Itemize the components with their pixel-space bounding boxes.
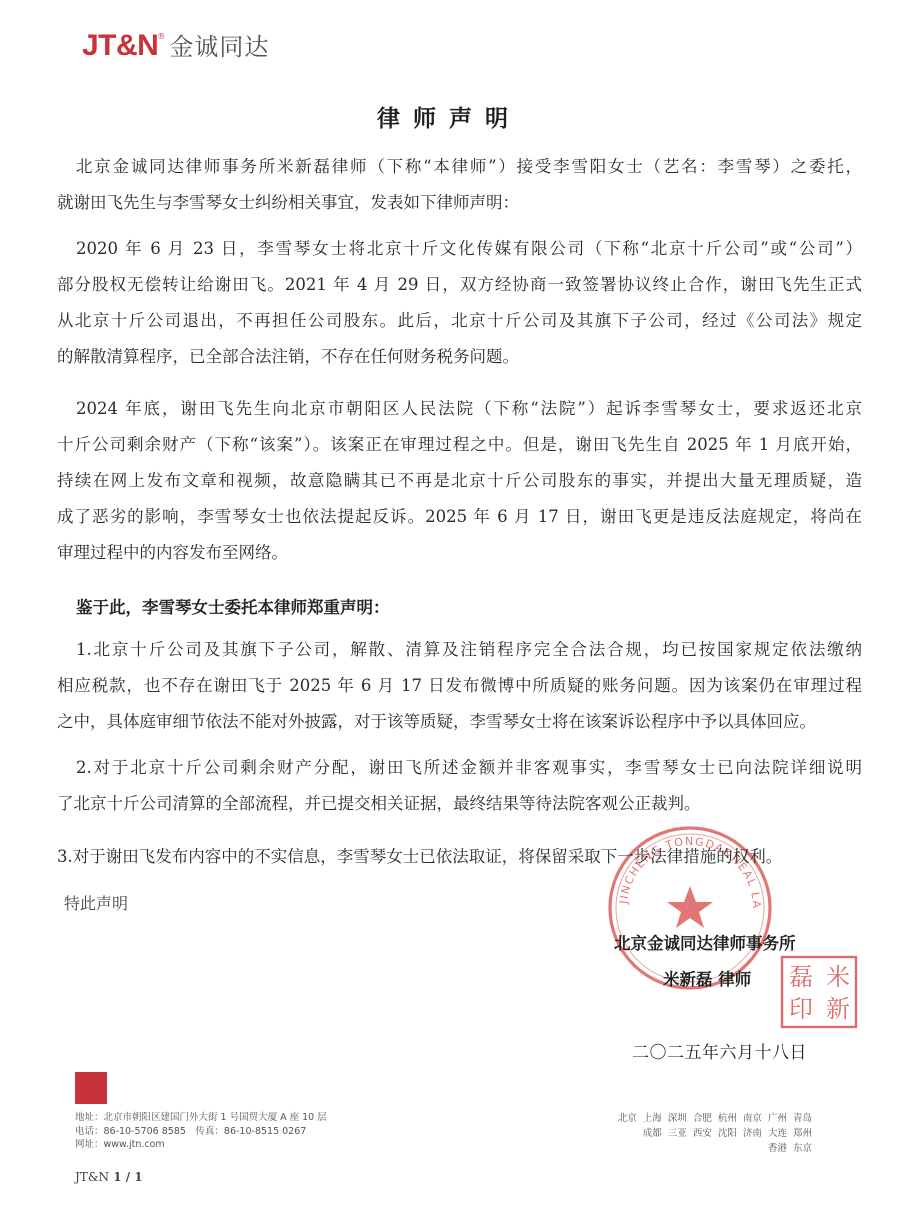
signature-date: 二〇二五年六月十八日: [632, 1038, 807, 1063]
declaration-heading: 鉴于此，李雪琴女士委托本律师郑重声明：: [76, 594, 390, 618]
footer-phone-fax: 电话：86-10-5706 8585 传真：86-10-8515 0267: [75, 1125, 327, 1139]
svg-text:米: 米: [826, 963, 850, 991]
svg-text:印: 印: [789, 995, 813, 1023]
svg-text:新: 新: [826, 995, 850, 1023]
registered-mark-icon: ®: [157, 32, 165, 41]
footer-contact: 地址：北京市朝阳区建国门外大街 1 号国贸大厦 A 座 10 层 电话：86-1…: [75, 1111, 327, 1152]
footer-address: 地址：北京市朝阳区建国门外大街 1 号国贸大厦 A 座 10 层: [75, 1111, 327, 1125]
paragraph-2-line-3: 从北京十斤公司退出，不再担任公司股东。此后，北京十斤公司及其旗下子公司，经过《公…: [57, 311, 862, 331]
paragraph-2-line-4: 的解散清算程序，已全部合法注销，不存在任何财务税务问题。: [57, 347, 862, 367]
square-name-seal-icon: 米 新 磊 印: [780, 955, 858, 1031]
footer-office-cities: 北京 上海 深圳 合肥 杭州 南京 广州 青岛 成都 三亚 西安 沈阳 济南 大…: [618, 1111, 812, 1156]
item-2-line-2: 了北京十斤公司清算的全部流程，并已提交相关证据，最终结果等待法院客观公正裁判。: [57, 794, 862, 814]
paragraph-2-line-1: 2020 年 6 月 23 日，李雪琴女士将北京十斤文化传媒有限公司（下称“北京…: [76, 239, 862, 259]
page-number: 1 / 1: [113, 1170, 142, 1184]
firm-logo: JT&N ® 金诚同达: [82, 30, 269, 62]
page-prefix: JT&N: [75, 1170, 109, 1184]
paragraph-2-line-2: 部分股权无偿转让给谢田飞。2021 年 4 月 29 日，双方经协商一致签署协议…: [57, 275, 862, 295]
closing-statement: 特此声明: [64, 891, 128, 914]
cities-row-2: 成都 三亚 西安 沈阳 济南 大连 郑州: [618, 1126, 812, 1141]
logo-mark: JT&N: [82, 30, 158, 62]
item-1-line-2: 相应税款，也不存在谢田飞于 2025 年 6 月 17 日发布微博中所质疑的账务…: [57, 676, 862, 696]
paragraph-1-line-1: 北京金诚同达律师事务所米新磊律师（下称“本律师”）接受李雪阳女士（艺名：李雪琴）…: [76, 157, 862, 177]
item-1-line-3: 之中，具体庭审细节依法不能对外披露，对于该等质疑，李雪琴女士将在该案诉讼程序中予…: [57, 712, 862, 732]
paragraph-3-line-5: 审理过程中的内容发布至网络。: [57, 543, 862, 563]
item-3-line-1: 3.对于谢田飞发布内容中的不实信息，李雪琴女士已依法取证，将保留采取下一步法律措…: [57, 847, 862, 867]
paragraph-3-line-2: 十斤公司剩余财产（下称“该案”）。该案正在审理过程之中。但是，谢田飞先生自 20…: [57, 435, 862, 455]
page-indicator: JT&N 1 / 1: [75, 1170, 143, 1184]
signature-lawyer: 米新磊 律师: [663, 966, 751, 990]
paragraph-3-line-4: 成了恶劣的影响，李雪琴女士也依法提起反诉。2025 年 6 月 17 日，谢田飞…: [57, 507, 862, 527]
logo-chinese-name: 金诚同达: [169, 32, 269, 62]
document-title: 律师声明: [0, 100, 898, 133]
cities-row-3: 香港 东京: [618, 1141, 812, 1156]
item-2-line-1: 2.对于北京十斤公司剩余财产分配，谢田飞所述金额并非客观事实，李雪琴女士已向法院…: [76, 758, 862, 778]
footer-brand-square: [75, 1072, 107, 1104]
svg-text:磊: 磊: [789, 963, 813, 991]
item-1-line-1: 1.北京十斤公司及其旗下子公司，解散、清算及注销程序完全合法合规，均已按国家规定…: [76, 640, 862, 660]
signature-firm: 北京金诚同达律师事务所: [614, 930, 796, 954]
cities-row-1: 北京 上海 深圳 合肥 杭州 南京 广州 青岛: [618, 1111, 812, 1126]
paragraph-3-line-1: 2024 年底，谢田飞先生向北京市朝阳区人民法院（下称“法院”）起诉李雪琴女士，…: [76, 399, 862, 419]
footer-website: 网址：www.jtn.com: [75, 1138, 327, 1152]
paragraph-1-line-2: 就谢田飞先生与李雪琴女士纠纷相关事宜，发表如下律师声明：: [57, 193, 862, 213]
paragraph-3-line-3: 持续在网上发布文章和视频，故意隐瞒其已不再是北京十斤公司股东的事实，并提出大量无…: [57, 471, 862, 491]
